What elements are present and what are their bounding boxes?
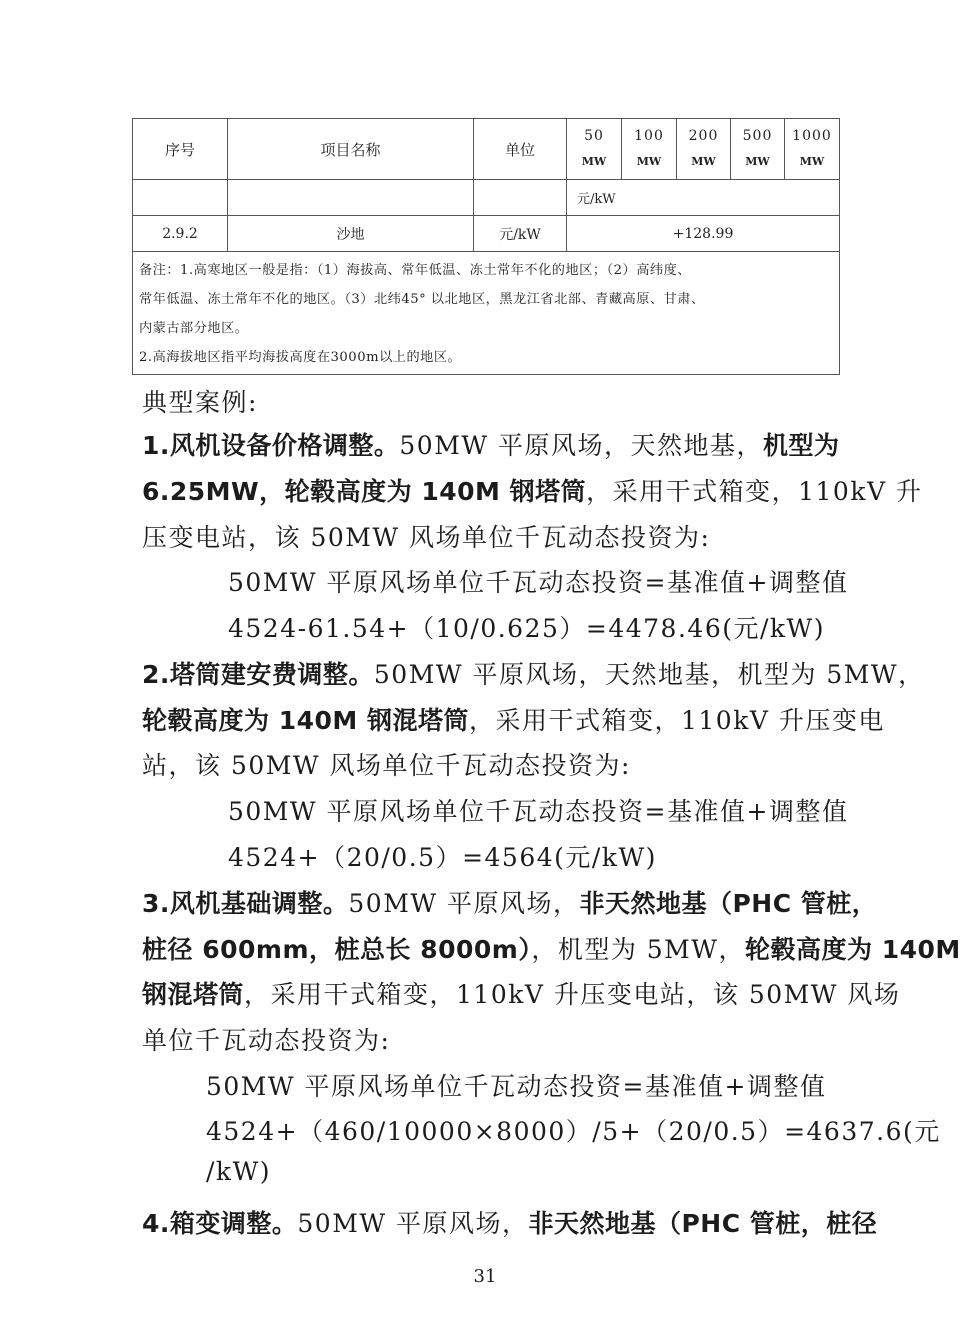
page-number: 31 bbox=[0, 1266, 970, 1287]
cell-name: 沙地 bbox=[228, 216, 474, 252]
note-line: 内蒙古部分地区。 bbox=[139, 314, 833, 343]
header-capacity-500: 500MW bbox=[731, 119, 785, 180]
case-3-line-4: 单位千瓦动态投资为: bbox=[142, 1021, 390, 1057]
note-line: 常年低温、冻土常年不化的地区。（3）北纬45° 以北地区，黑龙江省北部、青藏高原… bbox=[139, 285, 833, 314]
section-title: 典型案例: bbox=[142, 383, 258, 419]
header-name: 项目名称 bbox=[228, 119, 474, 180]
table-row: 2.9.2 沙地 元/kW +128.99 bbox=[133, 216, 840, 252]
cell-value: 元/kW bbox=[567, 180, 840, 216]
cell-unit: 元/kW bbox=[474, 216, 567, 252]
case-2-calc: 4524+（20/0.5）=4564(元/kW) bbox=[228, 838, 657, 874]
case-2-line-2: 轮毂高度为 140M 钢混塔筒，采用干式箱变，110kV 升压变电 bbox=[142, 701, 885, 737]
cell-unit bbox=[474, 180, 567, 216]
header-capacity-200: 200MW bbox=[677, 119, 731, 180]
cell-value: +128.99 bbox=[567, 216, 840, 252]
case-2-formula: 50MW 平原风场单位千瓦动态投资=基准值+调整值 bbox=[228, 792, 848, 828]
cell-index: 2.9.2 bbox=[133, 216, 228, 252]
case-1-calc: 4524-61.54+（10/0.625）=4478.46(元/kW) bbox=[228, 609, 825, 645]
header-unit: 单位 bbox=[474, 119, 567, 180]
note-line: 2.高海拔地区指平均海拔高度在3000m以上的地区。 bbox=[139, 343, 833, 372]
table-note: 备注：1.高寒地区一般是指：（1）海拔高、常年低温、冻土常年不化的地区；（2）高… bbox=[133, 252, 840, 375]
case-2-line-3: 站，该 50MW 风场单位千瓦动态投资为: bbox=[142, 746, 631, 782]
header-capacity-1000: 1000MW bbox=[785, 119, 840, 180]
table-header-row: 序号 项目名称 单位 50MW 100MW 200MW 500MW 1000MW bbox=[133, 119, 840, 180]
case-4-line-1: 4.箱变调整。50MW 平原风场，非天然地基（PHC 管桩，桩径 bbox=[142, 1204, 877, 1240]
case-3-line-1: 3.风机基础调整。50MW 平原风场，非天然地基（PHC 管桩， bbox=[142, 884, 877, 920]
case-1-line-2: 6.25MW，轮毂高度为 140M 钢塔筒，采用干式箱变，110kV 升 bbox=[142, 472, 922, 508]
cell-index bbox=[133, 180, 228, 216]
case-3-formula: 50MW 平原风场单位千瓦动态投资=基准值+调整值 bbox=[206, 1067, 826, 1103]
case-3-calc: 4524+（460/10000×8000）/5+（20/0.5）=4637.6(… bbox=[206, 1112, 941, 1148]
note-line: 备注：1.高寒地区一般是指：（1）海拔高、常年低温、冻土常年不化的地区；（2）高… bbox=[139, 256, 833, 285]
case-3-line-2: 桩径 600mm，桩总长 8000m），机型为 5MW，轮毂高度为 140M bbox=[142, 930, 961, 966]
case-2-line-1: 2.塔筒建安费调整。50MW 平原风场，天然地基，机型为 5MW， bbox=[142, 655, 925, 691]
case-1-formula: 50MW 平原风场单位千瓦动态投资=基准值+调整值 bbox=[228, 563, 848, 599]
spec-table: 序号 项目名称 单位 50MW 100MW 200MW 500MW 1000MW… bbox=[132, 118, 840, 375]
case-1-line-3: 压变电站，该 50MW 风场单位千瓦动态投资为: bbox=[142, 518, 710, 554]
cell-name bbox=[228, 180, 474, 216]
table-row: 元/kW bbox=[133, 180, 840, 216]
header-capacity-50: 50MW bbox=[567, 119, 622, 180]
case-3-calc-continued: /kW) bbox=[206, 1157, 271, 1186]
header-index: 序号 bbox=[133, 119, 228, 180]
case-1-line-1: 1.风机设备价格调整。50MW 平原风场，天然地基，机型为 bbox=[142, 426, 839, 462]
case-3-line-3: 钢混塔筒，采用干式箱变，110kV 升压变电站，该 50MW 风场 bbox=[142, 975, 900, 1011]
header-capacity-100: 100MW bbox=[622, 119, 677, 180]
table-note-row: 备注：1.高寒地区一般是指：（1）海拔高、常年低温、冻土常年不化的地区；（2）高… bbox=[133, 252, 840, 375]
document-page: 序号 项目名称 单位 50MW 100MW 200MW 500MW 1000MW… bbox=[0, 0, 970, 1318]
